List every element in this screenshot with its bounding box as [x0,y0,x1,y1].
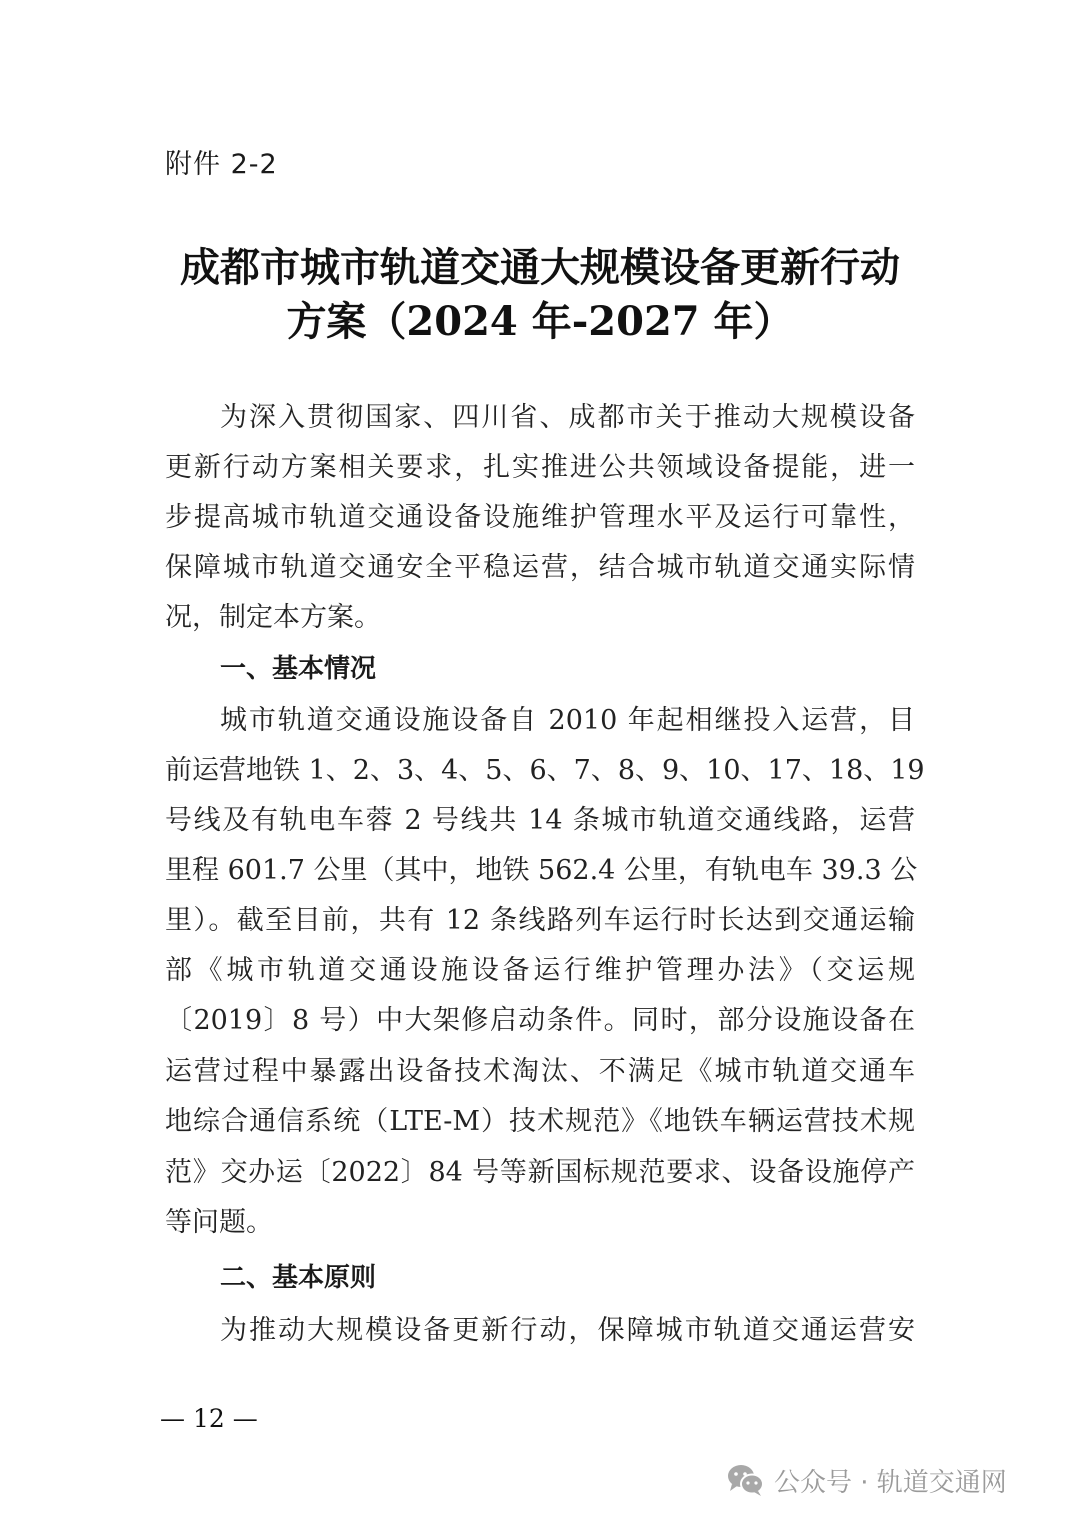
intro-line: 步提高城市轨道交通设备设施维护管理水平及运行可靠性， [165,500,915,536]
wechat-icon [726,1462,766,1498]
section1-line: 号线及有轨电车蓉 2 号线共 14 条城市轨道交通线路，运营 [165,803,915,839]
section-heading-basic-principles: 二、基本原则 [220,1260,376,1296]
intro-line: 为深入贯彻国家、四川省、成都市关于推动大规模设备 [220,400,915,436]
section1-line: 等问题。 [165,1205,915,1241]
watermark: 公众号 · 轨道交通网 [726,1460,1007,1500]
intro-line: 保障城市轨道交通安全平稳运营，结合城市轨道交通实际情 [165,550,915,586]
section1-line: 运营过程中暴露出设备技术淘汰、不满足《城市轨道交通车 [165,1054,915,1090]
section1-line: 里程 601.7 公里（其中，地铁 562.4 公里，有轨电车 39.3 公 [165,853,915,889]
section-heading-basic-situation: 一、基本情况 [220,651,376,687]
watermark-text: 公众号 · 轨道交通网 [774,1462,1007,1499]
section1-line: 城市轨道交通设施设备自 2010 年起相继投入运营，目 [220,703,915,739]
section2-line: 为推动大规模设备更新行动，保障城市轨道交通运营安 [220,1313,915,1349]
attachment-label: 附件 2-2 [165,142,278,181]
page-number: — 12 — [160,1404,258,1433]
section1-line: 地综合通信系统（LTE-M）技术规范》《地铁车辆运营技术规 [165,1104,915,1140]
document-title-line-1: 成都市城市轨道交通大规模设备更新行动 [160,236,920,293]
section1-line: 〔2019〕8 号）中大架修启动条件。同时，部分设施设备在 [165,1003,915,1039]
section1-line: 部《城市轨道交通设施设备运行维护管理办法》（交运规 [165,953,915,989]
document-page: 附件 2-2 成都市城市轨道交通大规模设备更新行动 方案（2024 年-2027… [0,0,1080,1527]
section1-line: 范》交办运〔2022〕84 号等新国标规范要求、设备设施停产 [165,1155,915,1191]
intro-line: 况，制定本方案。 [165,600,915,636]
document-title-line-2: 方案（2024 年-2027 年） [160,290,920,347]
section1-line: 里）。截至目前，共有 12 条线路列车运行时长达到交通运输 [165,903,915,939]
intro-line: 更新行动方案相关要求，扎实推进公共领域设备提能，进一 [165,450,915,486]
section1-line: 前运营地铁 1、2、3、4、5、6、7、8、9、10、17、18、19 [165,753,915,789]
